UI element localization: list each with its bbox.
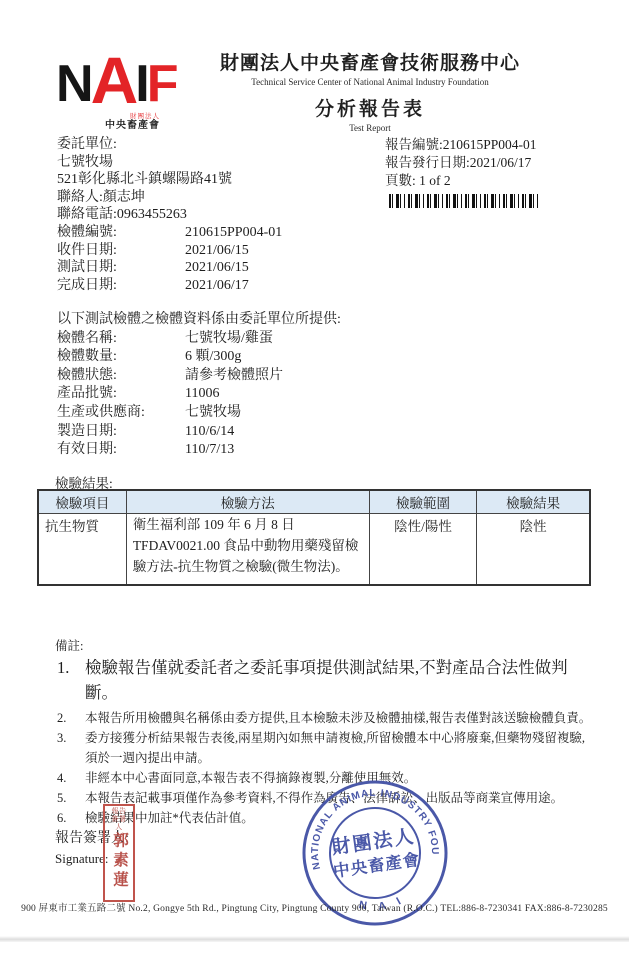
note-text-2: 本報告所用檢體與名稱係由委方提供,且本檢驗未涉及檢體抽樣,報告表僅對該送驗檢體負… — [85, 711, 591, 725]
sample-info-section: 以下測試檢體之檢體資料係由委託單位所提供: 檢體名稱: 七號牧場/雞蛋 檢體數量… — [57, 311, 477, 460]
cell-test-method: 衛生福利部 109 年 6 月 8 日 TFDAV0021.00 食品中動物用藥… — [126, 514, 369, 586]
logo-letter-n: N — [56, 58, 91, 110]
note-num-1: 1. — [57, 656, 69, 681]
seal-title: 報告簽署人 — [108, 807, 130, 831]
cell-test-result: 陰性 — [477, 514, 590, 586]
col-test-range: 檢驗範圍 — [369, 490, 477, 514]
batch-no-value: 11006 — [185, 385, 219, 404]
test-date-label: 測試日期: — [57, 259, 185, 277]
note-item-2: 2. 本報告所用檢體與名稱係由委方提供,且本檢驗未涉及檢體抽樣,報告表僅對該送驗… — [55, 708, 595, 728]
batch-no-label: 產品批號: — [57, 385, 185, 404]
report-title-zh: 分析報告表 — [170, 94, 570, 121]
note-num-3: 3. — [57, 728, 66, 748]
note-num-6: 6. — [57, 808, 66, 828]
col-test-item: 檢驗項目 — [38, 490, 126, 514]
expiry-date-label: 有效日期: — [57, 441, 185, 460]
complete-date-label: 完成日期: — [57, 277, 185, 295]
mfg-date-label: 製造日期: — [57, 423, 185, 442]
report-no-label: 報告編號: — [385, 137, 443, 152]
report-header: 財團法人中央畜產會技術服務中心 Technical Service Center… — [170, 48, 570, 133]
seal-name: 郭素蓮 — [108, 832, 130, 891]
sample-state-value: 請參考檢體照片 — [185, 367, 283, 386]
note-num-5: 5. — [57, 788, 66, 808]
report-no-row: 報告編號:210615PP004-01 — [385, 136, 595, 154]
notes-label: 備註: — [55, 636, 595, 654]
col-test-result: 檢驗結果 — [477, 490, 590, 514]
naif-logo-letters: NAIF — [56, 44, 166, 110]
note-text-1: 檢驗報告僅就委託者之委託事項提供測試結果,不對產品合法性做判斷。 — [85, 658, 568, 702]
client-name: 七號牧場 — [57, 154, 387, 172]
batch-no-row: 產品批號: 11006 — [57, 385, 477, 404]
report-meta-section: 報告編號:210615PP004-01 報告發行日期:2021/06/17 頁數… — [385, 136, 595, 208]
sample-qty-row: 檢體數量: 6 顆/300g — [57, 348, 477, 367]
mfg-date-value: 110/6/14 — [185, 423, 234, 442]
sample-name-value: 七號牧場/雞蛋 — [185, 330, 273, 349]
sample-name-row: 檢體名稱: 七號牧場/雞蛋 — [57, 330, 477, 349]
sample-intro: 以下測試檢體之檢體資料係由委託單位所提供: — [57, 311, 477, 330]
sample-state-label: 檢體狀態: — [57, 367, 185, 386]
org-name-zh: 財團法人中央畜產會技術服務中心 — [170, 48, 570, 75]
issue-date-value: 2021/06/17 — [470, 155, 532, 170]
producer-value: 七號牧場 — [185, 404, 241, 423]
client-contact: 聯絡人:顏志坤 — [57, 189, 387, 207]
logo-letter-a: A — [91, 47, 136, 113]
cell-test-item: 抗生物質 — [38, 514, 126, 586]
org-name-en: Technical Service Center of National Ani… — [170, 77, 570, 87]
note-item-3: 3. 委方接獲分析結果報告表後,兩星期內如無申請複檢,所留檢體本中心將廢棄,但藥… — [55, 728, 595, 768]
page-count-value: 1 of 2 — [419, 173, 451, 188]
photo-bottom-edge — [0, 936, 629, 942]
results-header-row: 檢驗項目 檢驗方法 檢驗範圍 檢驗結果 — [38, 490, 590, 514]
sample-qty-value: 6 顆/300g — [185, 348, 241, 367]
producer-row: 生產或供應商: 七號牧場 — [57, 404, 477, 423]
naif-logo: NAIF 財團法人 中央畜產會 — [56, 44, 166, 132]
logo-letter-i: I — [135, 58, 146, 110]
cell-test-range: 陰性/陽性 — [369, 514, 477, 586]
report-title-en: Test Report — [170, 123, 570, 133]
report-no-value: 210615PP004-01 — [443, 137, 537, 152]
received-date-label: 收件日期: — [57, 242, 185, 260]
signer-seal-stamp: 報告簽署人 郭素蓮 — [103, 804, 135, 902]
client-address: 521彰化縣北斗鎮螺陽路41號 — [57, 171, 387, 189]
footer-address: 900 屏東市工業五路二號 No.2, Gongye 5th Rd., Ping… — [0, 900, 629, 914]
note-num-2: 2. — [57, 708, 66, 728]
client-label: 委託單位: — [57, 136, 387, 154]
sample-qty-label: 檢體數量: — [57, 348, 185, 367]
complete-date-value: 2021/06/17 — [185, 277, 249, 295]
sample-state-row: 檢體狀態: 請參考檢體照片 — [57, 367, 477, 386]
issue-date-label: 報告發行日期: — [385, 155, 470, 170]
complete-date-row: 完成日期: 2021/06/17 — [57, 277, 387, 295]
sample-id-row: 檢體編號: 210615PP004-01 — [57, 224, 387, 242]
producer-label: 生產或供應商: — [57, 404, 185, 423]
mfg-date-row: 製造日期: 110/6/14 — [57, 423, 477, 442]
note-num-4: 4. — [57, 768, 66, 788]
results-data-row: 抗生物質 衛生福利部 109 年 6 月 8 日 TFDAV0021.00 食品… — [38, 514, 590, 586]
page-count-label: 頁數: — [385, 173, 416, 188]
report-barcode — [389, 194, 541, 208]
test-date-value: 2021/06/15 — [185, 259, 249, 277]
expiry-date-value: 110/7/13 — [185, 441, 234, 460]
sample-id-value: 210615PP004-01 — [185, 224, 282, 242]
issue-date-row: 報告發行日期:2021/06/17 — [385, 154, 595, 172]
sample-id-label: 檢體編號: — [57, 224, 185, 242]
sample-name-label: 檢體名稱: — [57, 330, 185, 349]
test-date-row: 測試日期: 2021/06/15 — [57, 259, 387, 277]
received-date-row: 收件日期: 2021/06/15 — [57, 242, 387, 260]
client-phone: 聯絡電話:0963455263 — [57, 206, 387, 224]
note-item-1: 1. 檢驗報告僅就委託者之委託事項提供測試結果,不對產品合法性做判斷。 — [55, 656, 595, 706]
logo-subtitle: 中央畜產會 — [56, 120, 160, 132]
col-test-method: 檢驗方法 — [126, 490, 369, 514]
page-count-row: 頁數: 1 of 2 — [385, 172, 595, 190]
results-table: 檢驗項目 檢驗方法 檢驗範圍 檢驗結果 抗生物質 衛生福利部 109 年 6 月… — [37, 489, 591, 586]
received-date-value: 2021/06/15 — [185, 242, 249, 260]
note-text-3: 委方接獲分析結果報告表後,兩星期內如無申請複檢,所留檢體本中心將廢棄,但藥物殘留… — [85, 731, 585, 765]
client-section: 委託單位: 七號牧場 521彰化縣北斗鎮螺陽路41號 聯絡人:顏志坤 聯絡電話:… — [57, 136, 387, 294]
expiry-date-row: 有效日期: 110/7/13 — [57, 441, 477, 460]
